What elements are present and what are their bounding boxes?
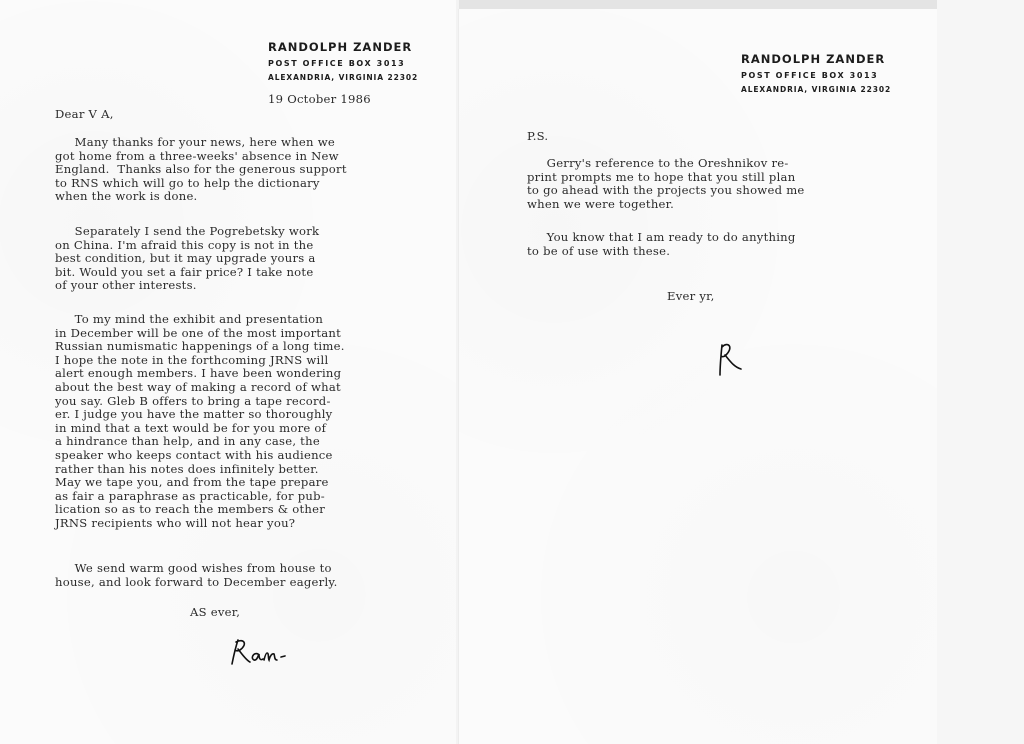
signature-ran [226, 636, 290, 668]
letterhead-name: RANDOLPH ZANDER [741, 52, 891, 66]
ps-paragraph-1: Gerry's reference to the Oreshnikov re- … [527, 157, 805, 211]
closing: AS ever, [190, 606, 240, 620]
letterhead: RANDOLPH ZANDER POST OFFICE BOX 3013 ALE… [268, 40, 418, 82]
letterhead-city: ALEXANDRIA, VIRGINIA 22302 [268, 73, 418, 82]
letter-page: RANDOLPH ZANDER POST OFFICE BOX 3013 ALE… [0, 0, 456, 744]
letter-date: 19 October 1986 [268, 93, 371, 107]
letterhead-po-box: POST OFFICE BOX 3013 [268, 59, 418, 68]
paragraph-2: Separately I send the Pogrebetsky work o… [55, 225, 319, 293]
postscript-page: RANDOLPH ZANDER POST OFFICE BOX 3013 ALE… [458, 9, 937, 744]
paragraph-4: We send warm good wishes from house to h… [55, 562, 338, 589]
letterhead-name: RANDOLPH ZANDER [268, 40, 418, 54]
paragraph-3: To my mind the exhibit and presentation … [55, 313, 345, 531]
ps-heading: P.S. [527, 130, 548, 144]
signature-r [714, 339, 750, 379]
scanner-background [936, 0, 1024, 744]
salutation: Dear V A, [55, 108, 114, 122]
ps-closing: Ever yr, [667, 290, 715, 304]
letterhead-city: ALEXANDRIA, VIRGINIA 22302 [741, 85, 891, 94]
paragraph-1: Many thanks for your news, here when we … [55, 136, 347, 204]
letterhead-po-box: POST OFFICE BOX 3013 [741, 71, 891, 80]
letterhead: RANDOLPH ZANDER POST OFFICE BOX 3013 ALE… [741, 52, 891, 94]
ps-paragraph-2: You know that I am ready to do anything … [527, 231, 796, 258]
